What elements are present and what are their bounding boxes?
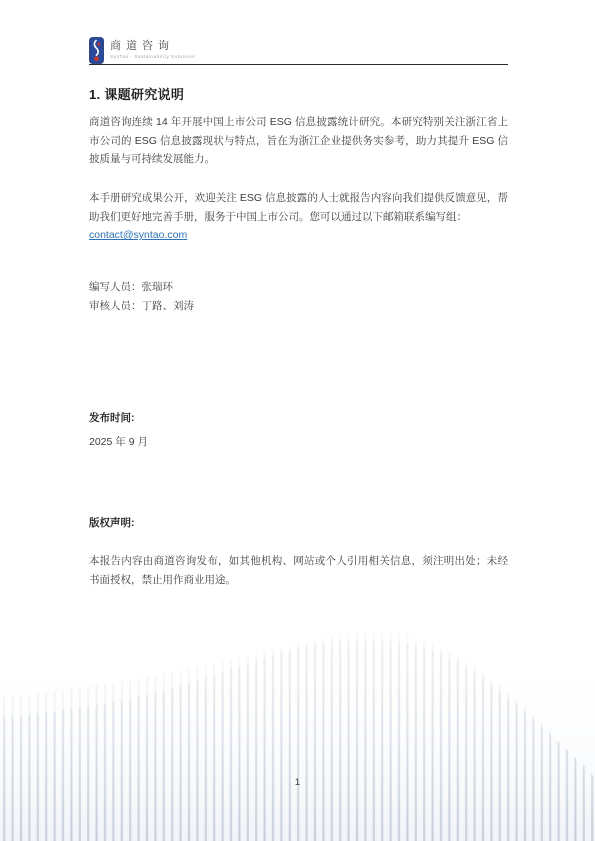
logo-text: 商道咨询 SynTao - Sustainability Solutions xyxy=(110,37,195,60)
syntao-logo-icon xyxy=(89,37,104,64)
intro-paragraph: 商道咨询连续 14 年开展中国上市公司 ESG 信息披露统计研究。本研究特别关注… xyxy=(89,113,508,169)
credits-block: 编写人员：张瑞环 审核人员：丁路、刘涛 xyxy=(89,278,194,315)
contact-email-link[interactable]: contact@syntao.com xyxy=(89,229,187,241)
copyright-body: 本报告内容由商道咨询发布，如其他机构、网站或个人引用相关信息，须注明出处；未经书… xyxy=(89,552,508,589)
report-page: 商道咨询 SynTao - Sustainability Solutions 1… xyxy=(0,0,595,841)
section-title: 1. 课题研究说明 xyxy=(89,84,184,103)
page-number: 1 xyxy=(0,777,595,788)
feedback-text: 本手册研究成果公开，欢迎关注 ESG 信息披露的人士就报告内容向我们提供反馈意见… xyxy=(89,192,508,223)
copyright-label: 版权声明: xyxy=(89,515,135,530)
wave-decoration xyxy=(0,610,595,841)
reviewers-value: 丁路、刘涛 xyxy=(142,300,195,312)
release-date-value: 2025 年 9 月 xyxy=(89,434,148,449)
writers-value: 张瑞环 xyxy=(142,281,174,293)
writers-label: 编写人员： xyxy=(89,281,142,293)
logo-wordmark: 商道咨询 xyxy=(110,40,195,53)
reviewers-label: 审核人员： xyxy=(89,300,142,312)
syntao-logo: 商道咨询 SynTao - Sustainability Solutions xyxy=(89,37,195,64)
logo-tagline: SynTao - Sustainability Solutions xyxy=(110,54,195,60)
release-date-label: 发布时间: xyxy=(89,410,135,425)
credits-reviewers-row: 审核人员：丁路、刘涛 xyxy=(89,297,194,316)
header-divider xyxy=(89,64,508,65)
feedback-paragraph: 本手册研究成果公开，欢迎关注 ESG 信息披露的人士就报告内容向我们提供反馈意见… xyxy=(89,189,508,245)
credits-writers-row: 编写人员：张瑞环 xyxy=(89,278,194,297)
